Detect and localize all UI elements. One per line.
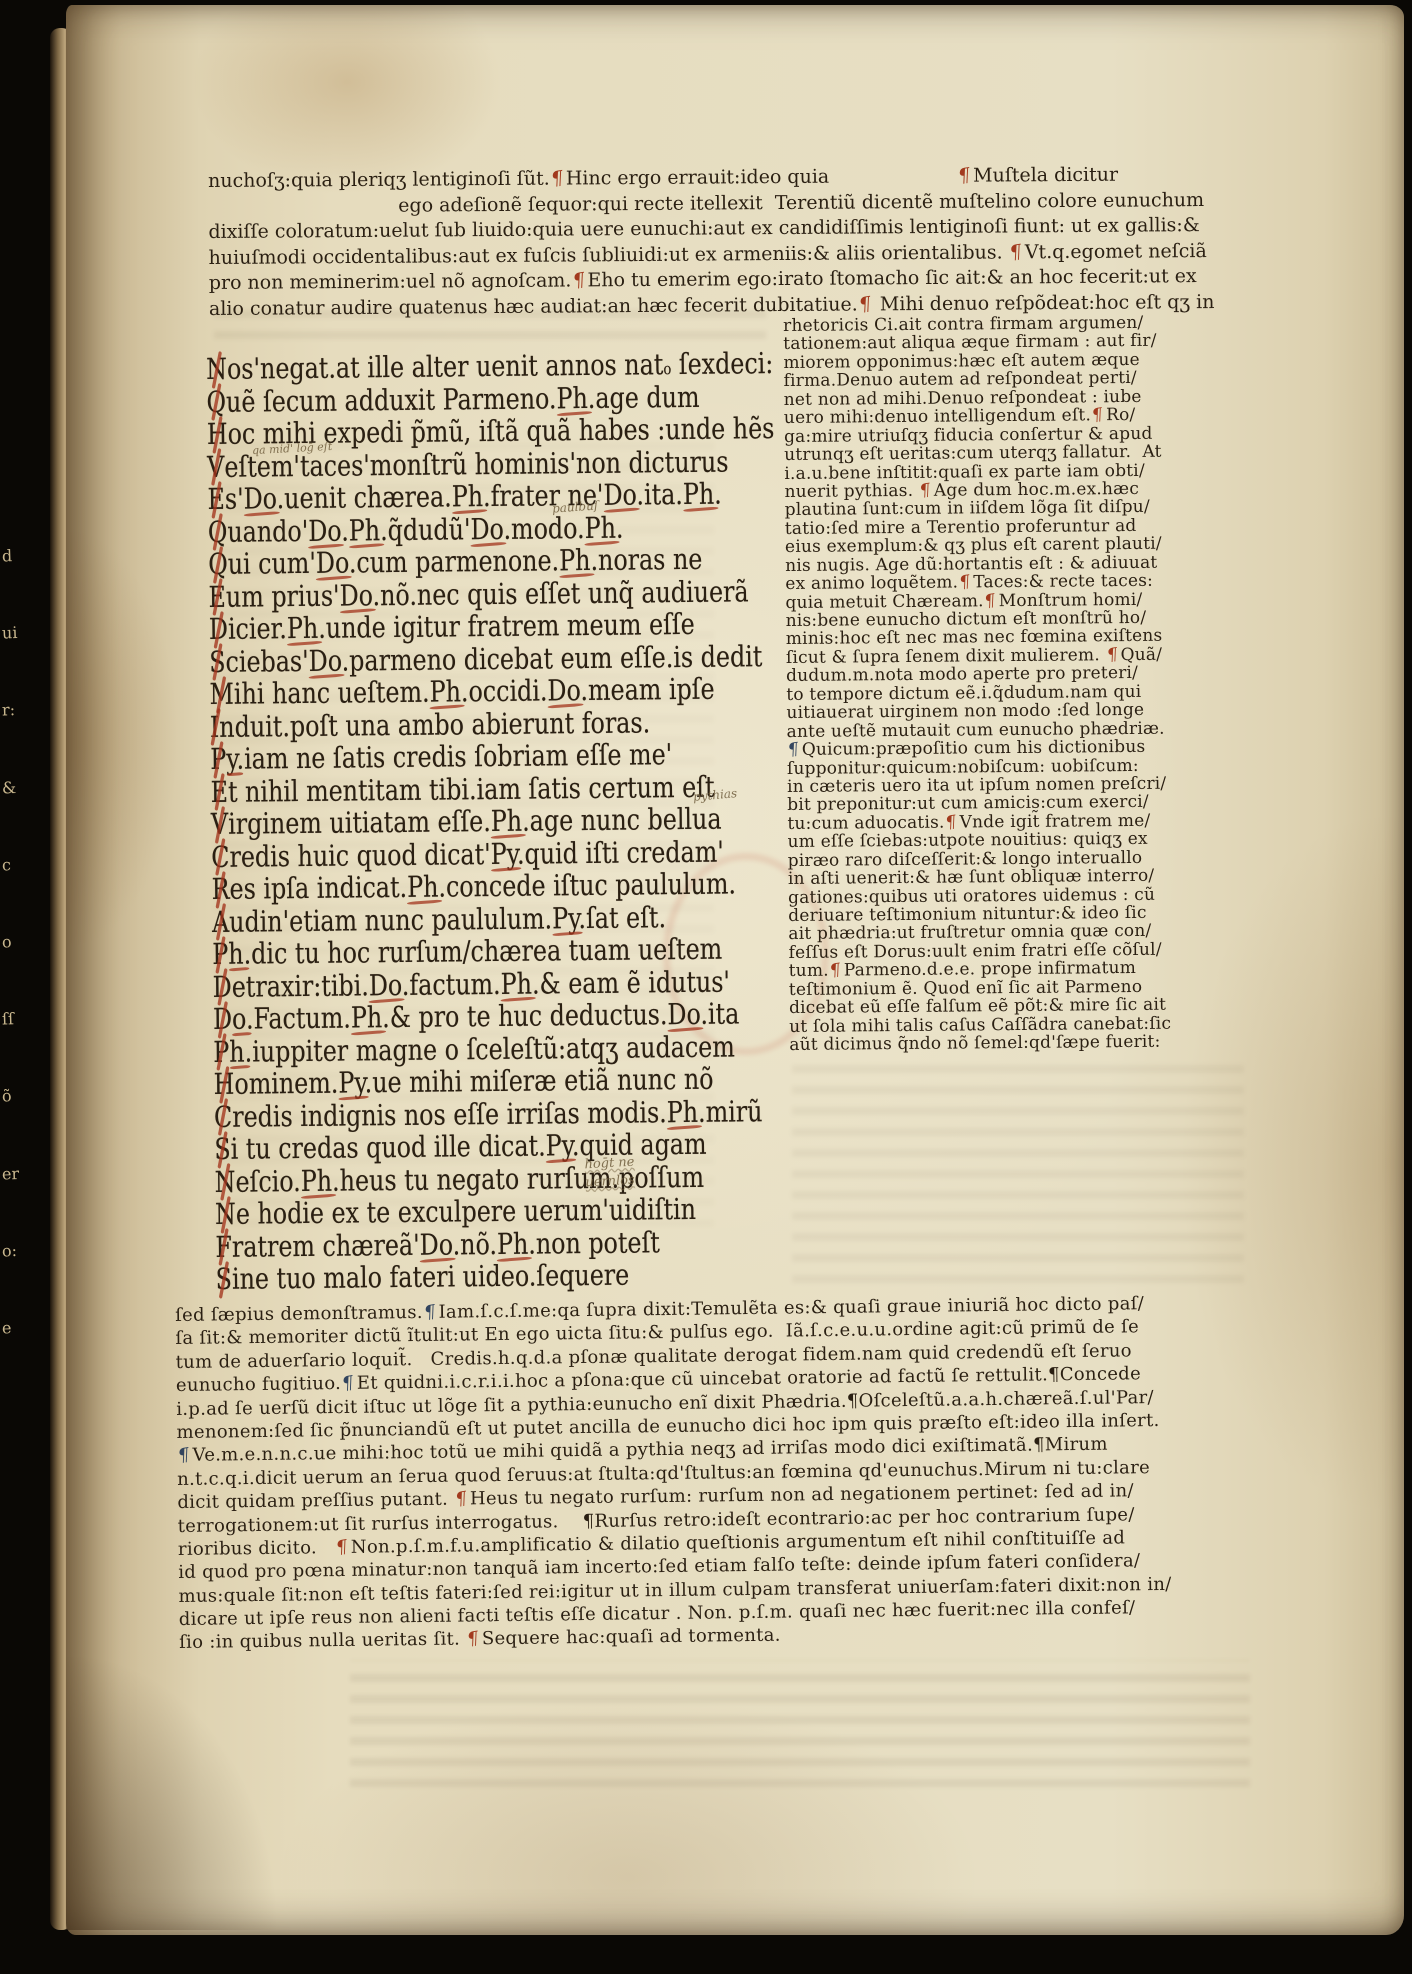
text-segment: uẽ ſecum adduxit Parmeno. — [226, 381, 557, 418]
text-segment: D — [212, 969, 231, 1003]
pilcrow-mark: ¶ — [549, 167, 564, 191]
photo-backdrop: duir:&coſſõero:e nuchoſʒ:quia pleriqʒ le… — [0, 0, 1412, 1974]
text-line: Do.Factum.Ph.& pro te huc deductus.Do.it… — [213, 996, 787, 1035]
text-segment: Do. — [547, 673, 588, 707]
text-segment: meam ipſe — [588, 672, 715, 707]
text-segment: Quã/ — [1120, 645, 1162, 665]
text-segment: eſcio. — [235, 1164, 301, 1199]
text-segment: icier. — [228, 611, 287, 646]
text-segment — [208, 211, 398, 212]
text-segment: mirũ — [705, 1094, 762, 1129]
text-segment: ¶Mirum — [1033, 1434, 1108, 1456]
text-segment: Do. — [419, 1227, 460, 1261]
pilcrow-mark: ¶ — [571, 269, 586, 293]
text-segment: N — [206, 352, 227, 386]
text-segment: Ph. — [559, 543, 598, 577]
text-segment: Ph. — [429, 674, 468, 708]
text-segment: Py. — [552, 901, 586, 935]
text-segment: & eam ẽ idutus' — [539, 964, 730, 1000]
text-segment: q̃dudũ' — [387, 512, 470, 547]
text-segment: Py. — [491, 836, 525, 870]
edge-text-fragment: õ — [2, 1088, 33, 1105]
text-segment: i tu credas quod ille dicat. — [230, 1128, 545, 1165]
text-segment: Do. — [243, 481, 284, 515]
text-segment: Ro/ — [1106, 405, 1136, 425]
text-segment: pro non meminerim:uel nõ agnoſcam. — [209, 269, 572, 294]
pilcrow-mark: ¶ — [857, 292, 872, 316]
text-segment: non poteſt — [536, 1225, 660, 1260]
edge-text-fragment: c — [2, 856, 33, 873]
text-segment: y. — [226, 742, 244, 776]
text-segment: ine tuo malo fateri uideo.ſequere — [232, 1258, 630, 1296]
text-segment: Ph. — [556, 380, 595, 414]
text-segment: ratrem chæreã' — [232, 1227, 420, 1263]
text-segment: ſat eſt. — [586, 900, 666, 935]
text-segment: um prius' — [226, 578, 340, 613]
text-segment: E — [207, 482, 225, 516]
text-segment: alio conatur audire quatenus hæc audiat:… — [209, 293, 858, 320]
text-segment: Do. — [470, 511, 511, 545]
edge-text-fragment: o: — [2, 1242, 33, 1259]
text-segment: C — [211, 839, 230, 873]
text-segment: E — [208, 579, 226, 613]
edge-text-fragment: d — [2, 547, 33, 564]
text-segment: A — [212, 904, 230, 938]
text-segment: ihi hanc ueſtem. — [234, 675, 430, 711]
text-segment: Mihi denuo reſpõdeat:hoc eſt qʒ in — [874, 290, 1215, 314]
text-segment: ¶Concede — [1048, 1363, 1141, 1385]
text-segment: terrogationem:ut ſit rurſus interrogatus… — [178, 1511, 583, 1537]
text-segment: ſexdeci: — [671, 346, 773, 381]
text-segment: Do. — [339, 578, 380, 612]
text-segment — [1118, 180, 1250, 181]
text-segment: concede iſtuc paululum. — [446, 866, 736, 903]
header-commentary-block: nuchoſʒ:quia pleriqʒ lentiginoſi ſũt.¶Hi… — [208, 163, 1251, 323]
text-segment: Ph. — [497, 1226, 536, 1260]
pilcrow-mark: ¶ — [956, 164, 971, 188]
text-segment: udin'etiam nunc paululum. — [229, 901, 552, 938]
text-segment: Q — [208, 514, 228, 548]
text-segment: S — [216, 1262, 233, 1296]
text-segment: huiuſmodi occidentalibus:aut ex fuſcis ſ… — [209, 241, 1009, 269]
edge-text-fragment: o — [2, 933, 33, 950]
marginal-note-handwritten: hoḡt ne uernlos — [584, 1154, 636, 1193]
text-line: Neſcio.Ph.heus tu negato rurſum.poſſum — [215, 1158, 789, 1197]
pilcrow-mark: ¶ — [786, 739, 800, 760]
text-line: Credis indignis nos eſſe irriſas modis.P… — [214, 1093, 788, 1132]
text-segment: Ph. — [584, 510, 623, 544]
text-segment: Do. — [308, 513, 349, 547]
facing-page-edge-fragments: duir:&coſſõero:e — [2, 548, 32, 1336]
text-segment: V — [207, 449, 225, 483]
pilcrow-mark: ¶ — [1105, 644, 1119, 665]
show-through-ghost — [792, 1058, 1244, 1296]
text-segment: Ph. — [349, 513, 388, 547]
text-segment: Py. — [338, 1065, 372, 1099]
text-segment: D — [209, 612, 228, 646]
show-through-ghost — [350, 1660, 1250, 1800]
text-segment: Do. — [667, 997, 708, 1031]
text-line: Sine tuo malo fateri uideo.ſequere — [216, 1256, 790, 1295]
pilcrow-mark: ¶ — [176, 1444, 191, 1467]
text-segment: ita — [708, 996, 740, 1030]
pilcrow-mark: ¶ — [1091, 405, 1105, 426]
text-segment: Muſtela dicitur — [973, 164, 1118, 187]
text-segment: Do. — [308, 643, 349, 677]
text-segment: h. — [228, 937, 251, 971]
text-segment: H — [213, 1067, 234, 1101]
text-line: Res ipſa indicat.Ph.concede iſtuc paulul… — [211, 866, 785, 905]
text-segment: Ph. — [407, 870, 446, 904]
text-segment: M — [209, 677, 234, 711]
text-segment: Ph. — [287, 611, 326, 645]
text-segment: N — [215, 1164, 236, 1198]
pilcrow-mark: ¶ — [1008, 240, 1023, 264]
text-segment: es ipſa indicat. — [229, 870, 407, 906]
text-segment: s' — [225, 482, 244, 516]
text-segment: aũt dicimus q̃ndo nõ ſemel:qd'ſæpe fueri… — [789, 1032, 1160, 1055]
edge-text-fragment: & — [2, 779, 33, 796]
text-segment: redis huic quod dicat' — [229, 837, 491, 874]
text-segment: ui cum' — [228, 546, 317, 581]
text-segment: ciebas' — [225, 643, 308, 678]
text-segment: modo. — [511, 511, 585, 546]
edge-text-fragment: ſſ — [2, 1011, 33, 1028]
text-line: Es'Do.uenit chærea.Ph.frater ne'Do.ita.P… — [207, 476, 781, 515]
text-segment: uenit chærea. — [284, 479, 452, 515]
text-segment: ¶ — [583, 1510, 595, 1531]
text-segment: Q — [208, 547, 228, 581]
text-segment: I — [210, 709, 220, 743]
text-segment: S — [214, 1132, 231, 1166]
text-segment: P — [213, 1034, 229, 1068]
pilcrow-mark: ¶ — [335, 1536, 350, 1559]
edge-text-fragment: er — [2, 1165, 33, 1182]
text-segment: Ph. — [683, 477, 722, 511]
text-segment: ominem. — [234, 1066, 338, 1101]
pilcrow-mark: ¶ — [983, 590, 997, 611]
text-segment: C — [214, 1099, 233, 1133]
text-segment: o — [663, 359, 671, 378]
text-segment: Hinc ergo errauit:ideo quia — [566, 166, 830, 190]
text-segment: H — [207, 417, 228, 451]
text-segment: Ph. — [500, 966, 539, 1000]
text-segment: V — [211, 807, 229, 841]
text-line: Eum prius'Do.nõ.nec quis eſſet unq̃ audi… — [208, 573, 782, 612]
text-segment: Ph. — [452, 479, 491, 513]
text-segment: Sequere hac:quaſi ad tormenta. — [482, 1625, 781, 1650]
pilcrow-mark: ¶ — [958, 572, 972, 593]
pilcrow-mark: ¶ — [454, 1488, 469, 1511]
text-segment: h. — [229, 1034, 252, 1068]
text-segment: noras ne — [598, 542, 703, 577]
text-segment: Factum. — [253, 1001, 351, 1036]
pilcrow-mark: ¶ — [918, 480, 932, 501]
text-segment: Eho tu emerim ego:irato ſtomacho ſic ait… — [587, 265, 1196, 291]
text-segment: Ph. — [667, 1094, 706, 1128]
text-segment: Py. — [545, 1128, 579, 1162]
text-segment: Vt.q.egomet neſciã — [1025, 240, 1207, 263]
text-segment: Do. — [316, 545, 357, 579]
text-line: Mihi hanc ueſtem.Ph.occidi.Do.meam ipſe — [209, 671, 783, 710]
pilcrow-mark: ¶ — [466, 1628, 481, 1651]
text-segment: eunucho fugitiuo. — [176, 1373, 341, 1396]
text-segment: ſio :in quibus nulla ueritas ſit. — [179, 1629, 466, 1654]
text-segment: Do. — [369, 967, 410, 1001]
text-segment: D — [213, 1002, 232, 1036]
text-segment: occidi. — [468, 673, 547, 708]
text-segment: nuchoſʒ:quia pleriqʒ lentiginoſi ſũt. — [208, 168, 550, 192]
text-segment: N — [215, 1197, 236, 1231]
text-segment: o. — [232, 1002, 254, 1036]
text-segment: ſed ſæpius demonſtramus. — [175, 1302, 423, 1326]
text-segment: ita. — [644, 477, 683, 511]
text-segment: irginem uitiatam eſſe. — [228, 804, 491, 841]
edge-text-fragment: r: — [2, 702, 33, 719]
text-segment: quid iſti credam' — [524, 834, 724, 870]
text-segment: Do. — [603, 477, 644, 511]
text-segment: ue mihi miſeræ etiã nunc nõ — [372, 1062, 714, 1100]
page-corner-shadow — [66, 1630, 296, 1930]
text-segment: age nunc bellua — [530, 802, 722, 838]
pilcrow-mark: ¶ — [828, 960, 842, 981]
text-segment — [829, 182, 957, 183]
pilcrow-mark: ¶ — [341, 1372, 356, 1395]
text-segment: F — [215, 1229, 232, 1263]
text-segment: & pro te huc deductus. — [390, 997, 668, 1034]
text-segment: E — [210, 774, 228, 808]
text-segment: uando' — [227, 513, 308, 548]
text-segment: dicit quidam preſſius putant. — [177, 1489, 454, 1513]
text-segment: Ph. — [351, 1000, 390, 1034]
text-segment: P — [210, 742, 226, 776]
pilcrow-mark: ¶ — [422, 1301, 437, 1324]
text-segment: cum parmenone. — [356, 543, 559, 579]
text-segment: P — [212, 937, 228, 971]
pilcrow-mark: ¶ — [944, 812, 958, 833]
text-segment: R — [211, 872, 229, 906]
edge-text-fragment: ui — [2, 625, 33, 642]
text-segment: Q — [206, 384, 226, 418]
text-segment: age dum — [595, 379, 699, 414]
play-text-column: Nos'negat.at ille alter uenit annos nato… — [206, 346, 790, 1294]
text-segment: S — [209, 644, 226, 678]
text-segment: ego adeſionẽ ſequor:qui recte itellexit … — [398, 189, 1204, 217]
text-segment: Ph. — [301, 1163, 340, 1197]
text-segment: nõ. — [460, 1227, 497, 1261]
text-segment: factum. — [409, 966, 501, 1001]
text-segment: Ph. — [491, 804, 530, 838]
text-segment: etraxir:tibi. — [232, 968, 369, 1003]
edge-text-fragment: e — [2, 1319, 33, 1336]
text-segment: tum. — [789, 961, 829, 981]
right-commentary-column: rhetoricis Ci.ait contra firmam argumen/… — [783, 312, 1261, 1054]
bottom-commentary-block: ſed ſæpius demonſtramus.¶Iam.ſ.c.ſ.me:qa… — [175, 1292, 1267, 1656]
text-segment: rioribus dicito. — [178, 1537, 335, 1560]
text-segment: ¶Oſceleſtũ.a.a.h.chæreã.ſ.ul'Par/ — [847, 1387, 1154, 1412]
